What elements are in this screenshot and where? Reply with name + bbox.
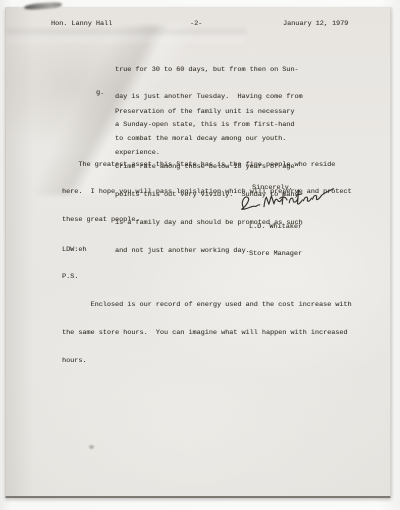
list-item-g-label: g.: [96, 89, 104, 98]
header-date: January 12, 1979: [283, 20, 348, 29]
text-line: the same store hours. You can imagine wh…: [62, 329, 352, 338]
text-line: The greatest asset this State has is the…: [62, 161, 352, 170]
header-page-number: -2-: [190, 20, 202, 29]
text-line: true for 30 to 60 days, but from then on…: [115, 66, 303, 75]
scanned-letter: Hon. Lanny Hall -2- January 12, 1979 tru…: [0, 0, 400, 510]
pencil-smudge: [89, 445, 94, 449]
text-line: these great people.: [62, 216, 352, 225]
typist-initials: LDW:eh: [62, 246, 352, 255]
postscript-block: LDW:eh P.S. Enclosed is our record of en…: [62, 227, 352, 385]
header-recipient: Hon. Lanny Hall: [51, 20, 112, 29]
postscript-label: P.S.: [62, 273, 352, 282]
text-line: Enclosed is our record of energy used an…: [62, 301, 352, 310]
paper-crease: [6, 29, 246, 45]
text-line: Preservation of the family unit is neces…: [115, 108, 303, 117]
text-line: hours.: [62, 357, 352, 366]
letter-paper: Hon. Lanny Hall -2- January 12, 1979 tru…: [5, 7, 391, 498]
scan-shadow: [6, 7, 34, 496]
